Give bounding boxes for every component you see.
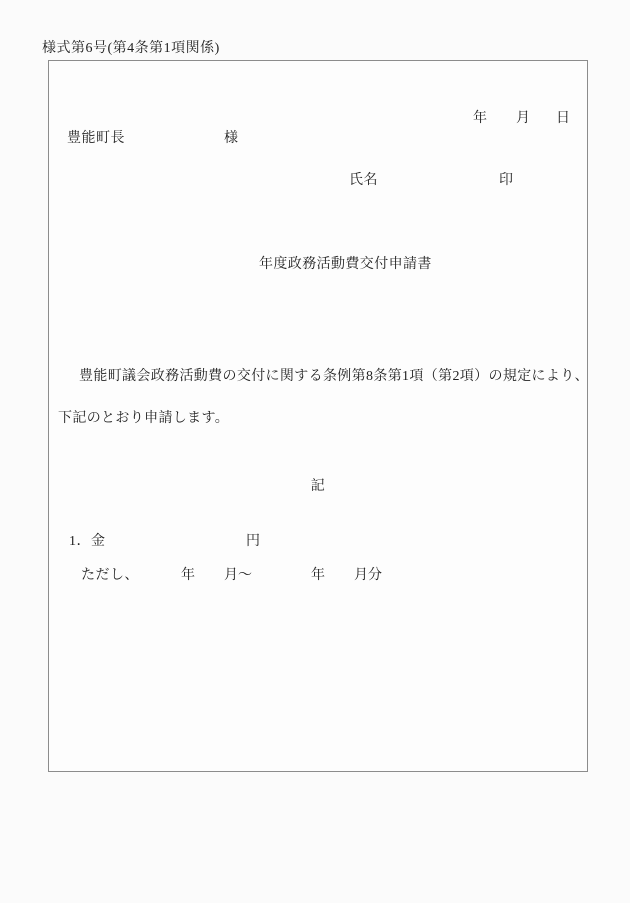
addressee-name: 豊能町長 [67,127,125,147]
form-border-box: 年 月 日 豊能町長 様 氏名 印 年度政務活動費交付申請書 豊能町議会政務活動… [48,60,588,772]
body-paragraph-line1: 豊能町議会政務活動費の交付に関する条例第8条第1項（第2項）の規定により、 [79,365,581,385]
period-month-to: 月分 [354,564,382,584]
body-paragraph-line2: 下記のとおり申請します。 [58,407,587,427]
title-line: 年度政務活動費交付申請書 [49,253,587,273]
addressee-line: 豊能町長 様 [49,127,587,147]
date-month-label: 月 [516,107,530,127]
date-year-label: 年 [473,107,487,127]
amount-item-label: 1．金 [69,530,106,550]
name-field-label: 氏名 [349,169,378,189]
date-line: 年 月 日 [49,107,587,127]
addressee-honorific: 様 [224,127,238,147]
period-year-to: 年 [311,564,325,584]
form-number-label: 様式第6号(第4条第1項関係) [42,37,220,57]
period-month-from: 月～ [224,564,252,584]
period-year-from: 年 [181,564,195,584]
seal-field-label: 印 [499,169,513,189]
form-page: 様式第6号(第4条第1項関係) 年 月 日 豊能町長 様 氏名 印 年度政務活動… [0,0,630,903]
period-line: ただし、 年 月～ 年 月分 [49,564,587,584]
list-marker: 記 [49,475,587,495]
period-prefix-label: ただし、 [81,564,139,584]
signature-line: 氏名 印 [49,169,587,189]
document-title: 年度政務活動費交付申請書 [259,253,432,273]
date-day-label: 日 [556,107,570,127]
amount-line: 1．金 円 [49,530,587,550]
amount-unit-label: 円 [246,530,260,550]
